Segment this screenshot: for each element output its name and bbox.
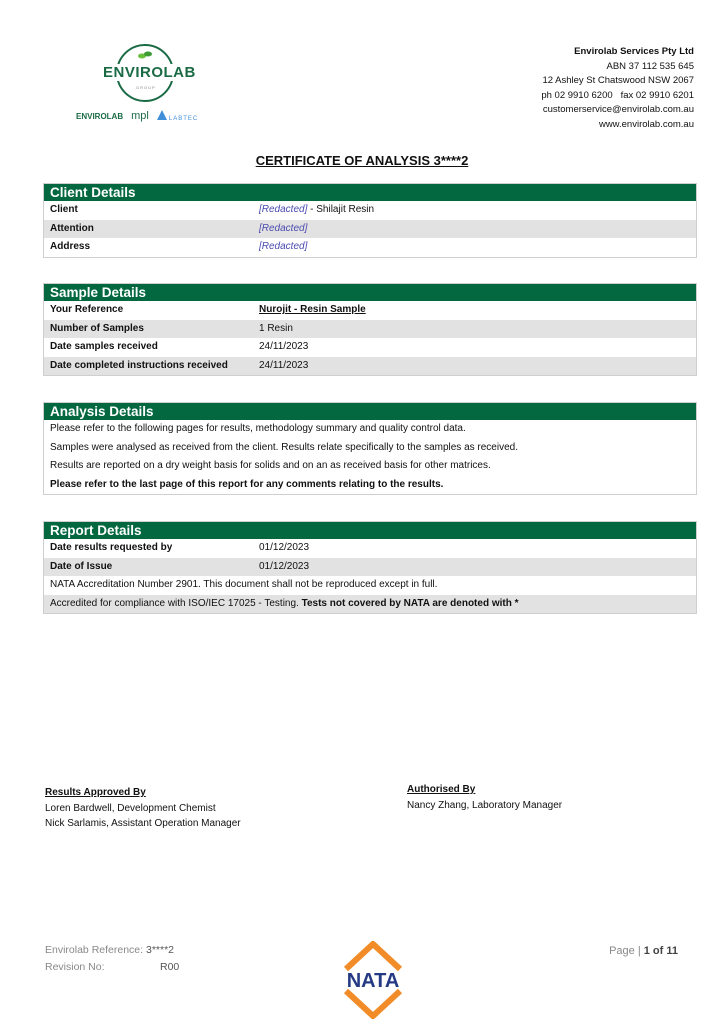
accredited-row: Accredited for compliance with ISO/IEC 1… <box>44 595 696 614</box>
sub-logo-mpl: mpl <box>131 110 149 122</box>
company-email[interactable]: customerservice@envirolab.com.au <box>541 103 694 118</box>
sub-logo-envirolab: ENVIROLAB <box>76 112 123 121</box>
authorised-heading: Authorised By <box>407 782 562 798</box>
authorised-block: Authorised By Nancy Zhang, Laboratory Ma… <box>407 782 562 813</box>
analysis-line: Please refer to the last page of this re… <box>44 476 696 495</box>
report-details-section: Report Details Date results requested by… <box>43 521 697 614</box>
attention-row: Attention [Redacted] <box>44 220 696 239</box>
company-address: 12 Ashley St Chatswood NSW 2067 <box>541 74 694 89</box>
svg-text:NATA: NATA <box>347 970 400 992</box>
client-details-section: Client Details Client [Redacted] - Shila… <box>43 183 697 258</box>
logo-wordmark: ENVIROLAB <box>102 64 197 81</box>
nata-accreditation-row: NATA Accreditation Number 2901. This doc… <box>44 576 696 595</box>
approver-name: Nick Sarlamis, Assistant Operation Manag… <box>45 816 241 832</box>
sub-logo-labtec: LABTEC <box>157 110 198 122</box>
company-name: Envirolab Services Pty Ltd <box>541 45 694 60</box>
revision-value: R00 <box>160 961 179 973</box>
approver-name: Loren Bardwell, Development Chemist <box>45 801 241 817</box>
leaf-icon <box>138 50 152 60</box>
your-reference-row: Your Reference Nurojit - Resin Sample <box>44 301 696 320</box>
client-row: Client [Redacted] - Shilajit Resin <box>44 201 696 220</box>
section-heading: Analysis Details <box>44 403 696 420</box>
analysis-line: Please refer to the following pages for … <box>44 420 696 439</box>
authoriser-name: Nancy Zhang, Laboratory Manager <box>407 798 562 814</box>
section-heading: Client Details <box>44 184 696 201</box>
document-title: CERTIFICATE OF ANALYSIS 3****2 <box>0 153 724 168</box>
analysis-line: Results are reported on a dry weight bas… <box>44 457 696 476</box>
company-abn: ABN 37 112 535 645 <box>541 60 694 75</box>
redacted-text: [Redacted] <box>259 223 307 234</box>
page-number: Page | 1 of 11 <box>609 945 678 957</box>
analysis-details-section: Analysis Details Please refer to the fol… <box>43 402 697 495</box>
company-website[interactable]: www.envirolab.com.au <box>541 118 694 133</box>
company-info: Envirolab Services Pty Ltd ABN 37 112 53… <box>541 45 694 132</box>
redacted-text: [Redacted] <box>259 204 307 215</box>
section-heading: Sample Details <box>44 284 696 301</box>
analysis-line: Samples were analysed as received from t… <box>44 439 696 458</box>
sub-logos: ENVIROLAB mpl LABTEC <box>76 110 198 122</box>
results-approved-block: Results Approved By Loren Bardwell, Deve… <box>45 785 241 832</box>
reference-value: 3****2 <box>146 944 174 956</box>
redacted-text: [Redacted] <box>259 241 307 252</box>
labtec-triangle-icon <box>157 110 167 120</box>
address-row: Address [Redacted] <box>44 238 696 257</box>
date-instructions-received-row: Date completed instructions received 24/… <box>44 357 696 376</box>
company-phone-fax: ph 02 9910 6200 fax 02 9910 6201 <box>541 89 694 104</box>
date-results-requested-row: Date results requested by 01/12/2023 <box>44 539 696 558</box>
envirolab-logo: ENVIROLAB GROUP ENVIROLAB mpl LABTEC <box>76 42 216 132</box>
approved-heading: Results Approved By <box>45 785 241 801</box>
nata-logo-icon: NATA <box>340 941 406 1019</box>
reference-label: Envirolab Reference: <box>45 944 143 956</box>
footer-reference: Envirolab Reference: 3****2 Revision No:… <box>45 942 179 976</box>
date-of-issue-row: Date of Issue 01/12/2023 <box>44 558 696 577</box>
date-samples-received-row: Date samples received 24/11/2023 <box>44 338 696 357</box>
section-heading: Report Details <box>44 522 696 539</box>
logo-group-text: GROUP <box>136 85 156 90</box>
revision-label: Revision No: <box>45 959 160 976</box>
sample-details-section: Sample Details Your Reference Nurojit - … <box>43 283 697 376</box>
number-of-samples-row: Number of Samples 1 Resin <box>44 320 696 339</box>
